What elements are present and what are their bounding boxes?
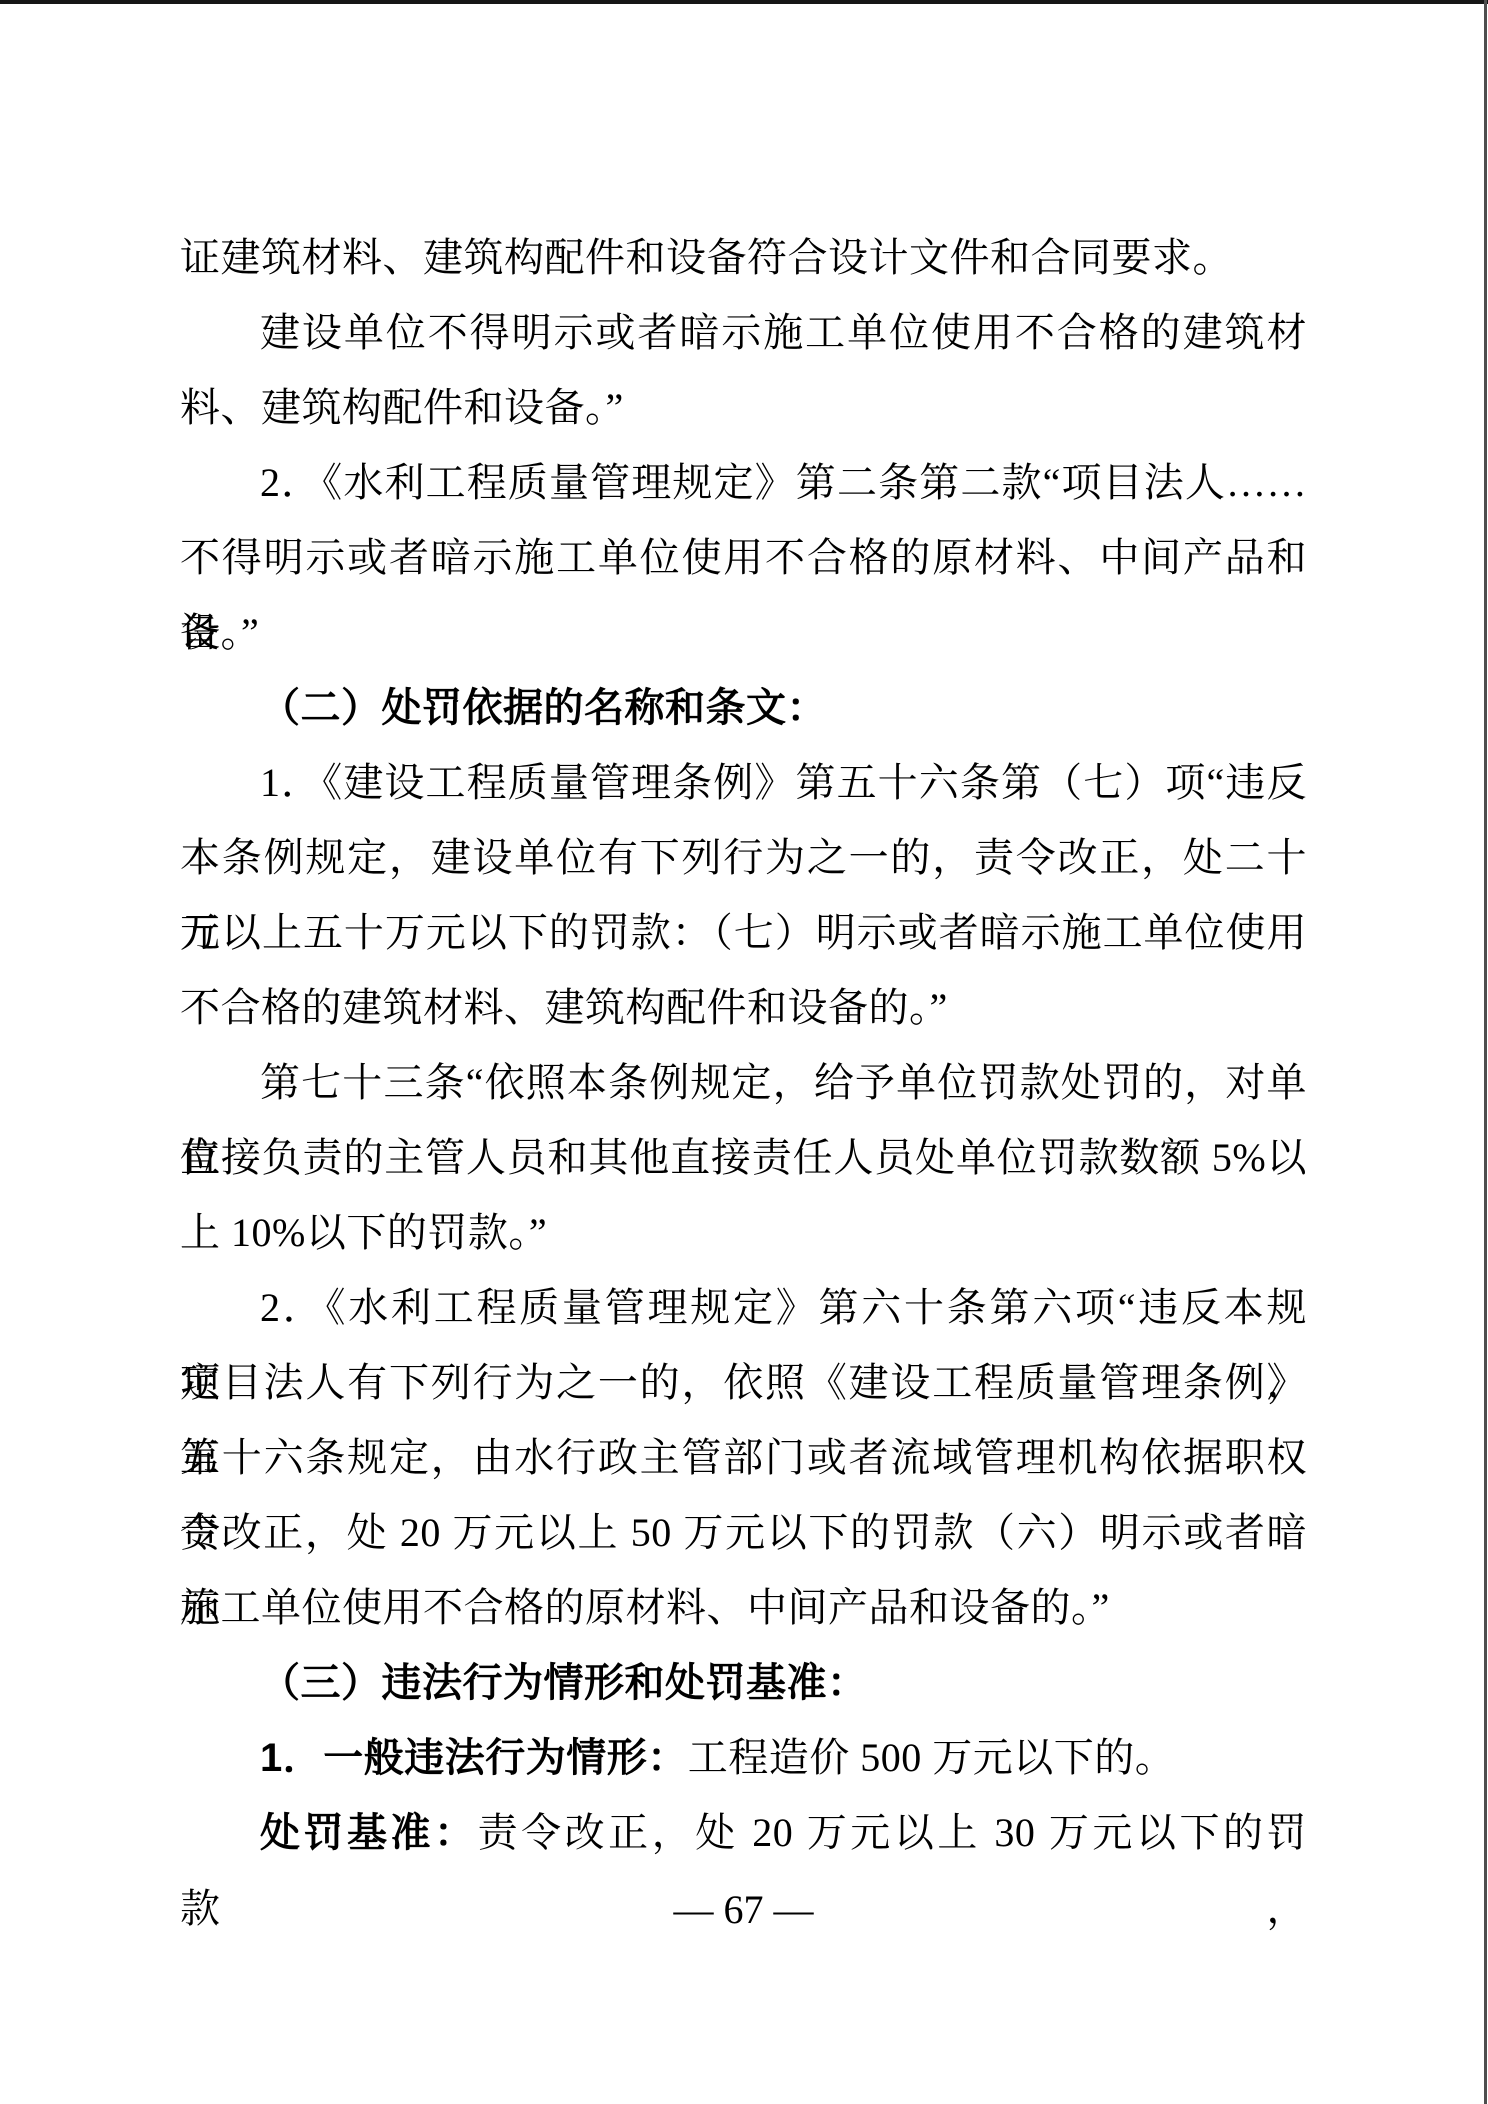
- text-line: 不得明示或者暗示施工单位使用不合格的原材料、中间产品和设: [180, 520, 1307, 595]
- text-run: 证建筑材料、建筑构配件和设备符合设计文件和合同要求。: [180, 235, 1233, 280]
- text-line: 不合格的建筑材料、建筑构配件和设备的。”: [180, 970, 1307, 1045]
- text-run: 料、建筑构配件和设备。”: [180, 385, 624, 430]
- text-run: 1．《建设工程质量管理条例》第五十六条第（七）项“违反: [260, 760, 1307, 805]
- text-line: 2．《水利工程质量管理规定》第二条第二款“项目法人……: [180, 445, 1307, 520]
- text-run: 施工单位使用不合格的原材料、中间产品和设备的。”: [180, 1585, 1110, 1630]
- text-line: 证建筑材料、建筑构配件和设备符合设计文件和合同要求。: [180, 220, 1307, 295]
- page-right-border: [1484, 0, 1487, 2104]
- text-run: 2．《水利工程质量管理规定》第二条第二款“项目法人……: [260, 460, 1307, 505]
- text-line: 1．一般违法行为情形：工程造价 500 万元以下的。: [180, 1720, 1307, 1795]
- text-line: 上 10%以下的罚款。”: [180, 1195, 1307, 1270]
- bold-text-run: 处罚基准：: [260, 1811, 478, 1855]
- text-line: 处罚基准：责令改正，处 20 万元以上 30 万元以下的罚款，: [180, 1795, 1307, 1870]
- text-line: 料、建筑构配件和设备。”: [180, 370, 1307, 445]
- text-line: （三）违法行为情形和处罚基准：: [180, 1645, 1307, 1720]
- text-run: 上 10%以下的罚款。”: [180, 1210, 547, 1255]
- text-run: 不合格的建筑材料、建筑构配件和设备的。”: [180, 985, 948, 1030]
- text-line: 备。”: [180, 595, 1307, 670]
- text-line: （二）处罚依据的名称和条文：: [180, 670, 1307, 745]
- text-line: 1．《建设工程质量管理条例》第五十六条第（七）项“违反: [180, 745, 1307, 820]
- text-line: 第七十三条“依照本条例规定，给予单位罚款处罚的，对单位: [180, 1045, 1307, 1120]
- text-line: 令改正，处 20 万元以上 50 万元以下的罚款（六）明示或者暗示: [180, 1495, 1307, 1570]
- page-top-border: [0, 0, 1488, 4]
- text-line: 五十六条规定，由水行政主管部门或者流域管理机构依据职权责: [180, 1420, 1307, 1495]
- text-run: 元以上五十万元以下的罚款：（七）明示或者暗示施工单位使用: [180, 910, 1307, 955]
- document-text-block: 证建筑材料、建筑构配件和设备符合设计文件和合同要求。建设单位不得明示或者暗示施工…: [180, 220, 1307, 1870]
- bold-text-run: （三）违法行为情形和处罚基准：: [260, 1661, 868, 1705]
- text-line: 项目法人有下列行为之一的，依照《建设工程质量管理条例》第: [180, 1345, 1307, 1420]
- bold-text-run: 1．一般违法行为情形：: [260, 1736, 688, 1780]
- text-run: 建设单位不得明示或者暗示施工单位使用不合格的建筑材: [260, 310, 1307, 355]
- text-line: 本条例规定，建设单位有下列行为之一的，责令改正，处二十万: [180, 820, 1307, 895]
- text-run: 备。”: [180, 610, 259, 655]
- page-footer: — 67 —: [180, 1880, 1307, 1940]
- text-run: 直接负责的主管人员和其他直接责任人员处单位罚款数额 5%以: [180, 1135, 1307, 1180]
- text-line: 施工单位使用不合格的原材料、中间产品和设备的。”: [180, 1570, 1307, 1645]
- page-number: — 67 —: [674, 1887, 814, 1932]
- text-line: 建设单位不得明示或者暗示施工单位使用不合格的建筑材: [180, 295, 1307, 370]
- text-line: 2．《水利工程质量管理规定》第六十条第六项“违反本规定，: [180, 1270, 1307, 1345]
- text-line: 直接负责的主管人员和其他直接责任人员处单位罚款数额 5%以: [180, 1120, 1307, 1195]
- text-line: 元以上五十万元以下的罚款：（七）明示或者暗示施工单位使用: [180, 895, 1307, 970]
- document-page: { "page": { "background_color": "#ffffff…: [0, 0, 1488, 2104]
- bold-text-run: （二）处罚依据的名称和条文：: [260, 686, 827, 730]
- text-run: 工程造价 500 万元以下的。: [688, 1735, 1176, 1780]
